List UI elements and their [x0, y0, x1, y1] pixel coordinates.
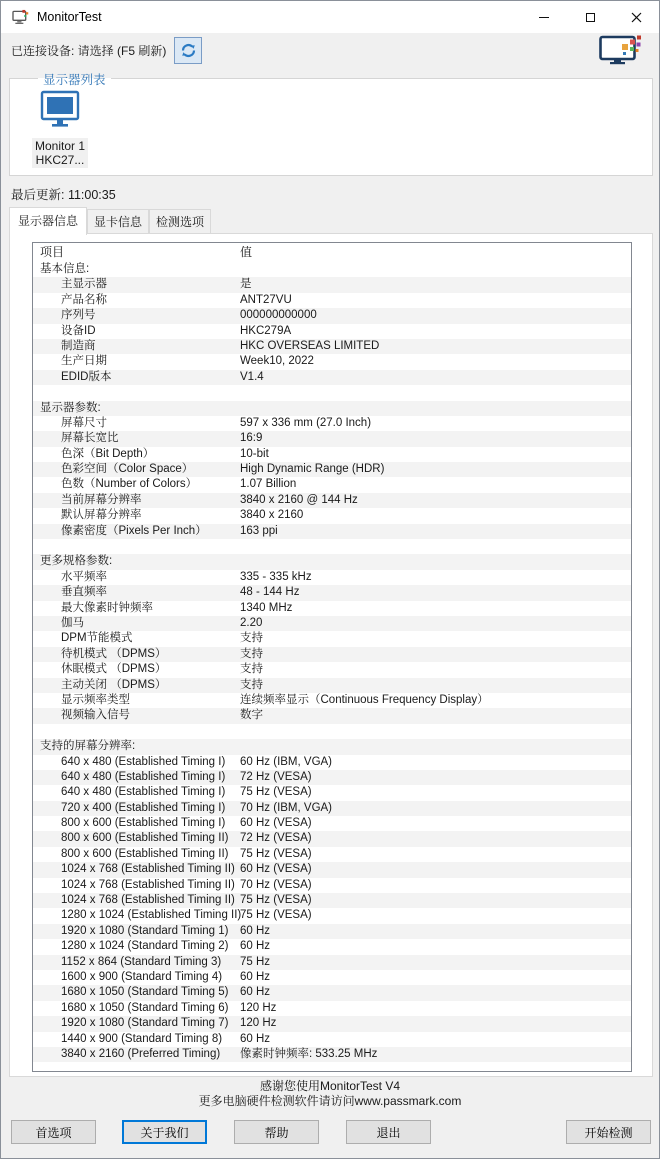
table-blank-row[interactable]	[33, 724, 631, 739]
table-row[interactable]: 序列号000000000000	[33, 308, 631, 323]
toolbar: 已连接设备: 请选择 (F5 刷新)	[1, 33, 659, 67]
table-row[interactable]: 1440 x 900 (Standard Timing 8)60 Hz	[33, 1032, 631, 1047]
start-test-button[interactable]: 开始检测	[566, 1120, 651, 1144]
table-row[interactable]: 800 x 600 (Established Timing I)60 Hz (V…	[33, 816, 631, 831]
row-item-label: 当前屏幕分辨率	[61, 493, 142, 508]
maximize-icon	[586, 13, 595, 22]
row-item-value: V1.4	[240, 370, 264, 385]
about-button[interactable]: 关于我们	[122, 1120, 207, 1144]
table-row[interactable]: 1920 x 1080 (Standard Timing 7)120 Hz	[33, 1016, 631, 1031]
table-row[interactable]: 1024 x 768 (Established Timing II)60 Hz …	[33, 862, 631, 877]
row-item-value: 72 Hz (VESA)	[240, 831, 312, 846]
row-item-label: 3840 x 2160 (Preferred Timing)	[61, 1047, 220, 1062]
row-item-label: 720 x 400 (Established Timing I)	[61, 801, 225, 816]
monitor-item-line1: Monitor 1	[35, 139, 85, 153]
row-item-label: 1680 x 1050 (Standard Timing 6)	[61, 1001, 229, 1016]
table-row[interactable]: 视频输入信号数字	[33, 708, 631, 723]
tab-gpu-info[interactable]: 显卡信息	[87, 209, 149, 234]
row-item-label: 设备ID	[61, 324, 96, 339]
row-item-label: 支持的屏幕分辨率:	[40, 739, 135, 754]
footer-website-line: 更多电脑硬件检测软件请访问www.passmark.com	[1, 1094, 659, 1109]
monitor-icon	[39, 89, 81, 131]
monitor-info-panel: 项目 值 基本信息:主显示器是产品名称ANT27VU序列号00000000000…	[9, 233, 653, 1077]
table-row[interactable]: 最大像素时钟频率1340 MHz	[33, 601, 631, 616]
maximize-button[interactable]	[567, 1, 613, 33]
table-row[interactable]: 色数（Number of Colors）1.07 Billion	[33, 477, 631, 492]
row-item-value: 2.20	[240, 616, 262, 631]
table-row[interactable]: 1680 x 1050 (Standard Timing 5)60 Hz	[33, 985, 631, 1000]
row-item-label: 色深（Bit Depth）	[61, 447, 154, 462]
table-row[interactable]: EDID版本V1.4	[33, 370, 631, 385]
table-row[interactable]: 伽马2.20	[33, 616, 631, 631]
column-header-value: 值	[240, 243, 252, 262]
titlebar: MonitorTest	[1, 1, 659, 33]
row-item-label: 默认屏幕分辨率	[61, 508, 142, 523]
table-row[interactable]: 720 x 400 (Established Timing I)70 Hz (I…	[33, 801, 631, 816]
row-item-label: 800 x 600 (Established Timing I)	[61, 816, 225, 831]
tab-label: 检测选项	[156, 215, 204, 229]
row-item-label: 1024 x 768 (Established Timing II)	[61, 862, 235, 877]
row-item-label: 800 x 600 (Established Timing II)	[61, 847, 228, 862]
refresh-icon	[180, 42, 197, 59]
tab-label: 显示器信息	[18, 214, 78, 228]
table-row[interactable]: 屏幕尺寸597 x 336 mm (27.0 Inch)	[33, 416, 631, 431]
table-section-row[interactable]: 支持的屏幕分辨率:	[33, 739, 631, 754]
row-item-value: 3840 x 2160	[240, 508, 303, 523]
table-row[interactable]: 待机模式 （DPMS）支持	[33, 647, 631, 662]
table-row[interactable]: 1024 x 768 (Established Timing II)70 Hz …	[33, 878, 631, 893]
last-update-status: 最后更新: 11:00:35	[11, 185, 116, 203]
row-item-value: 数字	[240, 708, 263, 723]
row-item-value: 75 Hz (VESA)	[240, 847, 312, 862]
window-title: MonitorTest	[37, 10, 102, 24]
row-item-label: 1152 x 864 (Standard Timing 3)	[61, 955, 221, 970]
table-row[interactable]: 800 x 600 (Established Timing II)75 Hz (…	[33, 847, 631, 862]
row-item-label: DPM节能模式	[61, 631, 133, 646]
row-item-value: ANT27VU	[240, 293, 292, 308]
row-item-label: 屏幕长宽比	[61, 431, 119, 446]
table-row[interactable]: 1920 x 1080 (Standard Timing 1)60 Hz	[33, 924, 631, 939]
row-item-value: 10-bit	[240, 447, 269, 462]
row-item-value: 支持	[240, 631, 263, 646]
row-item-label: 序列号	[61, 308, 96, 323]
row-item-label: 主显示器	[61, 277, 107, 292]
table-section-row[interactable]: 更多规格参数:	[33, 554, 631, 569]
row-item-label: 更多规格参数:	[40, 554, 112, 569]
row-item-value: High Dynamic Range (HDR)	[240, 462, 384, 477]
row-item-label: 1280 x 1024 (Established Timing II)	[61, 908, 241, 923]
refresh-button[interactable]	[174, 37, 202, 64]
tab-monitor-info[interactable]: 显示器信息	[9, 207, 87, 235]
row-item-label: 1024 x 768 (Established Timing II)	[61, 878, 235, 893]
table-row[interactable]: 1024 x 768 (Established Timing II)75 Hz …	[33, 893, 631, 908]
minimize-icon	[539, 17, 549, 18]
table-row[interactable]: 产品名称ANT27VU	[33, 293, 631, 308]
row-item-value: 60 Hz	[240, 985, 270, 1000]
table-row[interactable]: 垂直频率48 - 144 Hz	[33, 585, 631, 600]
row-item-label: 800 x 600 (Established Timing II)	[61, 831, 228, 846]
row-item-label: 1440 x 900 (Standard Timing 8)	[61, 1032, 222, 1047]
row-item-label: 伽马	[61, 616, 84, 631]
row-item-value: Week10, 2022	[240, 354, 314, 369]
table-row[interactable]: 色彩空间（Color Space）High Dynamic Range (HDR…	[33, 462, 631, 477]
row-item-label: 休眠模式 （DPMS）	[61, 662, 166, 677]
row-item-value: 60 Hz	[240, 924, 270, 939]
row-item-label: 产品名称	[61, 293, 107, 308]
table-row[interactable]: 主显示器是	[33, 277, 631, 292]
table-blank-row[interactable]	[33, 539, 631, 554]
row-item-value: 60 Hz	[240, 1032, 270, 1047]
table-row[interactable]: 主动关闭 （DPMS）支持	[33, 678, 631, 693]
row-item-value: 支持	[240, 662, 263, 677]
row-item-value: 000000000000	[240, 308, 317, 323]
row-item-label: 显示频率类型	[61, 693, 130, 708]
close-button[interactable]	[613, 1, 659, 33]
row-item-value: 75 Hz	[240, 955, 270, 970]
row-item-label: 1280 x 1024 (Standard Timing 2)	[61, 939, 229, 954]
row-item-value: 60 Hz (VESA)	[240, 816, 312, 831]
row-item-value: 60 Hz	[240, 970, 270, 985]
table-row[interactable]: 设备IDHKC279A	[33, 324, 631, 339]
row-item-value: 16:9	[240, 431, 262, 446]
row-item-label: 最大像素时钟频率	[61, 601, 153, 616]
table-row[interactable]: 水平频率335 - 335 kHz	[33, 570, 631, 585]
table-row[interactable]: 640 x 480 (Established Timing I)60 Hz (I…	[33, 755, 631, 770]
table-row[interactable]: 色深（Bit Depth）10-bit	[33, 447, 631, 462]
connected-device-label: 已连接设备: 请选择 (F5 刷新)	[11, 42, 166, 59]
table-row[interactable]: 1600 x 900 (Standard Timing 4)60 Hz	[33, 970, 631, 985]
table-row[interactable]: 640 x 480 (Established Timing I)72 Hz (V…	[33, 770, 631, 785]
table-row[interactable]: 默认屏幕分辨率3840 x 2160	[33, 508, 631, 523]
row-item-value: 163 ppi	[240, 524, 278, 539]
monitor-list-group: 显示器列表 Monitor 1 HKC27...	[9, 78, 653, 176]
exit-button[interactable]: 退出	[346, 1120, 431, 1144]
row-item-value: 72 Hz (VESA)	[240, 770, 312, 785]
tabstrip: 显示器信息 显卡信息 检测选项	[9, 210, 211, 234]
row-item-label: 制造商	[61, 339, 96, 354]
table-row[interactable]: 制造商HKC OVERSEAS LIMITED	[33, 339, 631, 354]
row-item-label: 色彩空间（Color Space）	[61, 462, 193, 477]
row-item-value: 是	[240, 277, 252, 292]
row-item-label: 主动关闭 （DPMS）	[61, 678, 166, 693]
info-table-rows: 基本信息:主显示器是产品名称ANT27VU序列号000000000000设备ID…	[33, 262, 631, 1062]
table-row[interactable]: DPM节能模式支持	[33, 631, 631, 646]
row-item-label: 1920 x 1080 (Standard Timing 1)	[61, 924, 229, 939]
row-item-label: 视频输入信号	[61, 708, 130, 723]
column-header-item: 项目	[40, 243, 64, 262]
app-icon	[12, 9, 30, 25]
row-item-label: 1600 x 900 (Standard Timing 4)	[61, 970, 222, 985]
row-item-label: 显示器参数:	[40, 401, 101, 416]
table-header: 项目 值	[33, 243, 631, 262]
table-blank-row[interactable]	[33, 385, 631, 400]
monitor-list-title: 显示器列表	[38, 70, 111, 88]
minimize-button[interactable]	[521, 1, 567, 33]
table-row[interactable]: 1280 x 1024 (Established Timing II)75 Hz…	[33, 908, 631, 923]
table-row[interactable]: 1280 x 1024 (Standard Timing 2)60 Hz	[33, 939, 631, 954]
footer: 感谢您使用MonitorTest V4 更多电脑硬件检测软件请访问www.pas…	[1, 1079, 659, 1109]
table-row[interactable]: 1152 x 864 (Standard Timing 3)75 Hz	[33, 955, 631, 970]
row-item-value: 597 x 336 mm (27.0 Inch)	[240, 416, 371, 431]
monitor-list-item[interactable]: Monitor 1 HKC27...	[22, 89, 98, 168]
row-item-value: HKC OVERSEAS LIMITED	[240, 339, 379, 354]
footer-thanks-line: 感谢您使用MonitorTest V4	[1, 1079, 659, 1094]
row-item-label: 基本信息:	[40, 262, 89, 277]
table-row[interactable]: 像素密度（Pixels Per Inch）163 ppi	[33, 524, 631, 539]
table-row[interactable]: 当前屏幕分辨率3840 x 2160 @ 144 Hz	[33, 493, 631, 508]
row-item-value: 75 Hz (VESA)	[240, 908, 312, 923]
table-row[interactable]: 640 x 480 (Established Timing I)75 Hz (V…	[33, 785, 631, 800]
row-item-label: 1920 x 1080 (Standard Timing 7)	[61, 1016, 229, 1031]
table-row[interactable]: 生产日期Week10, 2022	[33, 354, 631, 369]
row-item-label: 像素密度（Pixels Per Inch）	[61, 524, 207, 539]
table-row[interactable]: 休眠模式 （DPMS）支持	[33, 662, 631, 677]
monitortest-logo-icon	[599, 34, 645, 66]
row-item-value: 70 Hz (IBM, VGA)	[240, 801, 332, 816]
row-item-label: 1024 x 768 (Established Timing II)	[61, 893, 235, 908]
table-section-row[interactable]: 基本信息:	[33, 262, 631, 277]
row-item-label: 水平频率	[61, 570, 107, 585]
row-item-value: 连续频率显示（Continuous Frequency Display）	[240, 693, 489, 708]
tab-test-options[interactable]: 检测选项	[149, 209, 211, 234]
row-item-value: 120 Hz	[240, 1001, 276, 1016]
row-item-value: HKC279A	[240, 324, 291, 339]
row-item-label: 640 x 480 (Established Timing I)	[61, 785, 225, 800]
row-item-value: 1.07 Billion	[240, 477, 296, 492]
close-icon	[631, 12, 642, 23]
table-row[interactable]: 屏幕长宽比16:9	[33, 431, 631, 446]
row-item-value: 支持	[240, 678, 263, 693]
row-item-label: 1680 x 1050 (Standard Timing 5)	[61, 985, 229, 1000]
help-button[interactable]: 帮助	[234, 1120, 319, 1144]
row-item-label: 640 x 480 (Established Timing I)	[61, 755, 225, 770]
row-item-value: 3840 x 2160 @ 144 Hz	[240, 493, 358, 508]
monitor-item-line2: HKC27...	[35, 153, 85, 167]
table-section-row[interactable]: 显示器参数:	[33, 401, 631, 416]
row-item-label: 待机模式 （DPMS）	[61, 647, 166, 662]
row-item-value: 1340 MHz	[240, 601, 292, 616]
row-item-value: 335 - 335 kHz	[240, 570, 312, 585]
monitor-item-label: Monitor 1 HKC27...	[32, 138, 88, 168]
row-item-value: 75 Hz (VESA)	[240, 893, 312, 908]
row-item-value: 60 Hz	[240, 939, 270, 954]
row-item-value: 75 Hz (VESA)	[240, 785, 312, 800]
table-row[interactable]: 800 x 600 (Established Timing II)72 Hz (…	[33, 831, 631, 846]
row-item-label: 垂直频率	[61, 585, 107, 600]
preferences-button[interactable]: 首选项	[11, 1120, 96, 1144]
table-row[interactable]: 显示频率类型连续频率显示（Continuous Frequency Displa…	[33, 693, 631, 708]
monitortest-window: MonitorTest 已连接设备: 请选择 (F5 刷新)	[0, 0, 660, 1159]
table-row[interactable]: 1680 x 1050 (Standard Timing 6)120 Hz	[33, 1001, 631, 1016]
row-item-value: 支持	[240, 647, 263, 662]
row-item-value: 70 Hz (VESA)	[240, 878, 312, 893]
info-listbox[interactable]: 项目 值 基本信息:主显示器是产品名称ANT27VU序列号00000000000…	[32, 242, 632, 1072]
row-item-label: EDID版本	[61, 370, 111, 385]
row-item-label: 屏幕尺寸	[61, 416, 107, 431]
row-item-label: 生产日期	[61, 354, 107, 369]
row-item-value: 像素时钟频率: 533.25 MHz	[240, 1047, 377, 1062]
row-item-value: 60 Hz (IBM, VGA)	[240, 755, 332, 770]
row-item-value: 60 Hz (VESA)	[240, 862, 312, 877]
tab-label: 显卡信息	[94, 215, 142, 229]
row-item-value: 48 - 144 Hz	[240, 585, 299, 600]
row-item-label: 色数（Number of Colors）	[61, 477, 197, 492]
row-item-label: 640 x 480 (Established Timing I)	[61, 770, 225, 785]
row-item-value: 120 Hz	[240, 1016, 276, 1031]
table-row[interactable]: 3840 x 2160 (Preferred Timing)像素时钟频率: 53…	[33, 1047, 631, 1062]
